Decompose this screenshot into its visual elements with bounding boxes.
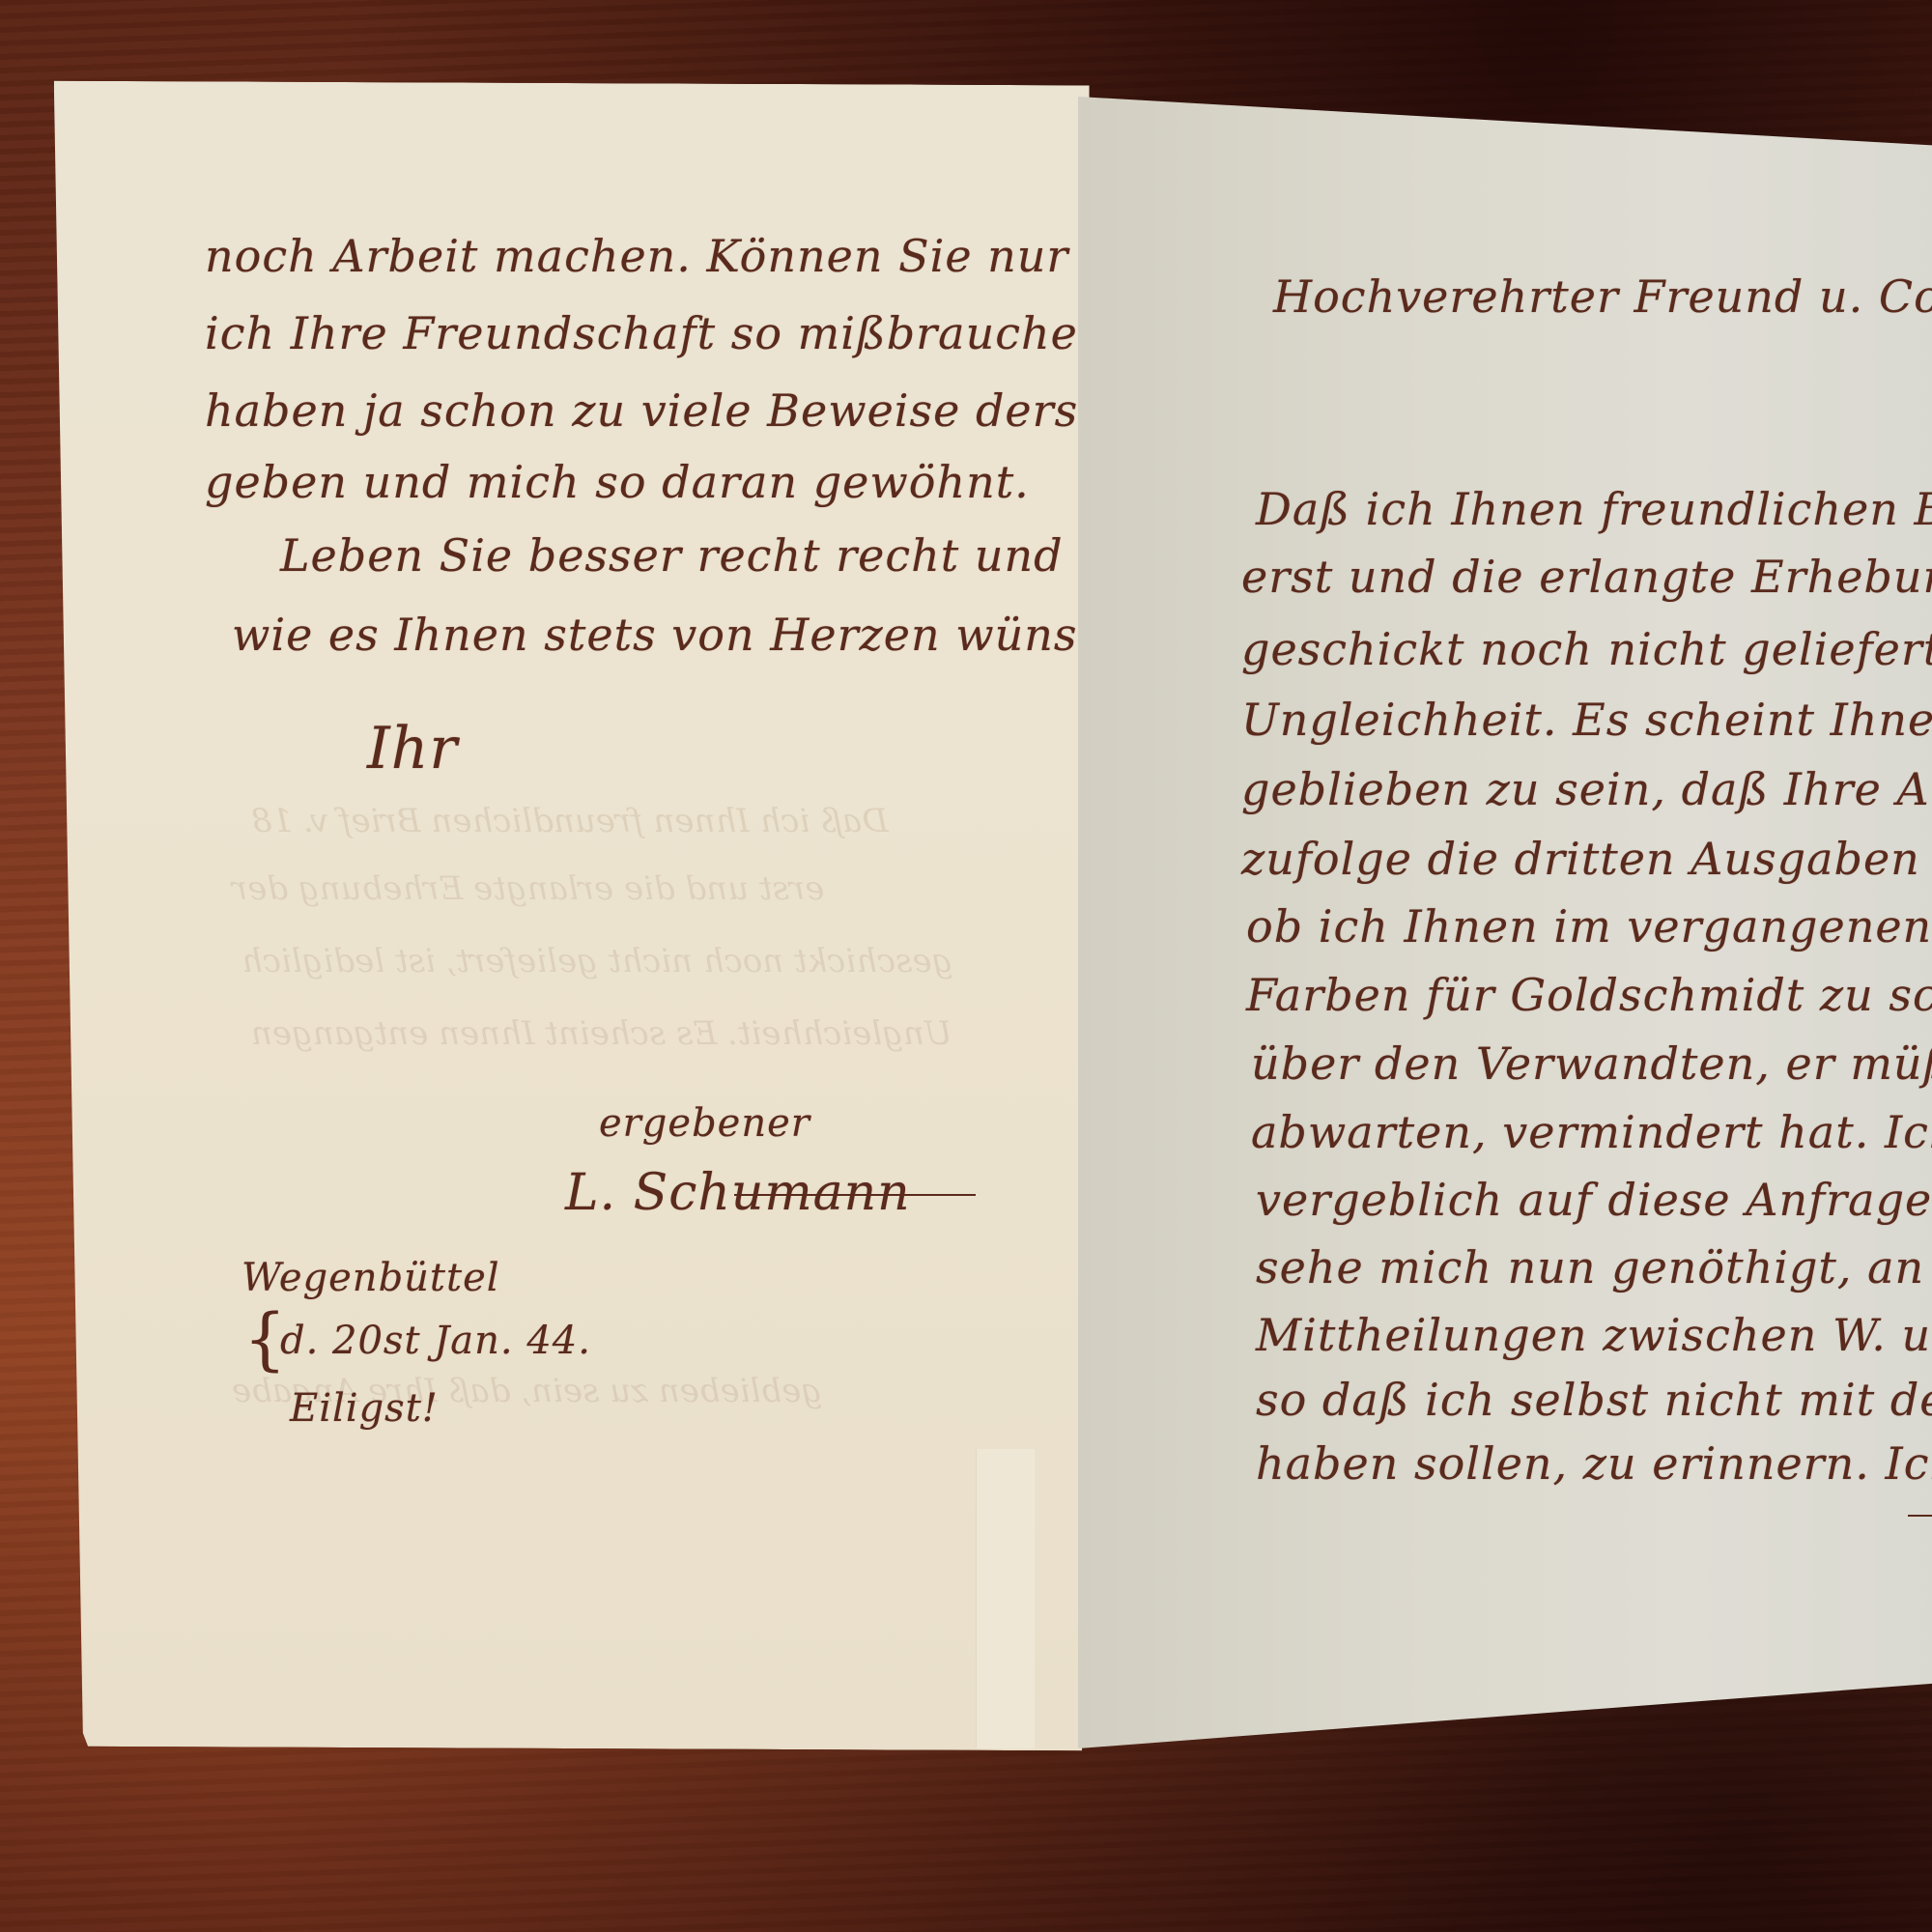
letter-line: so daß ich selbst nicht mit denselben zu — [1256, 1374, 1932, 1426]
letter-line: Mittheilungen zwischen W. u. mir machen … — [1256, 1309, 1932, 1361]
letter-line: über den Verwandten, er müßte erst — [1251, 1037, 1932, 1090]
show-through-text: erst und die erlangte Erhebung der — [232, 869, 824, 908]
letter-line: Daß ich Ihnen freundlichen Brief v. 18 — [1256, 483, 1932, 535]
letter-line: haben sollen, zu erinnern. Ich kann die — [1256, 1437, 1932, 1490]
letter-date: d. 20st Jan. 44. — [280, 1319, 591, 1363]
paper-repair-strip — [976, 1449, 1035, 1748]
letter-note: Eiligst! — [290, 1386, 439, 1431]
line-mark — [1908, 1515, 1932, 1517]
letter-line: abwarten, vermindert hat. Ich habe — [1251, 1106, 1932, 1158]
signature-name: L. Schumann — [565, 1164, 911, 1222]
show-through-text: Ungleichheit. Es scheint Ihnen entgangen — [251, 1014, 952, 1053]
letter-line: wie es Ihnen stets von Herzen wünscht — [232, 609, 1151, 661]
letter-line: Farben für Goldschmidt zu schenken, so — [1246, 969, 1932, 1021]
signature-flourish — [734, 1194, 976, 1196]
signature-valediction: ergebener — [599, 1101, 810, 1146]
letter-line: geschickt noch nicht geliefert, ist ledi… — [1241, 623, 1932, 675]
show-through-text: Daß ich Ihnen freundlichen Brief v. 18 — [251, 802, 888, 840]
letter-closing: Ihr — [367, 715, 458, 782]
letter-line: vergeblich auf diese Anfrage gewartet — [1256, 1174, 1932, 1226]
letter-line: ob ich Ihnen im vergangenen Sommer — [1246, 900, 1932, 952]
letter-line: erst und die erlangte Erhebung der — [1241, 551, 1932, 603]
letter-line: Ungleichheit. Es scheint Ihnen entgangen — [1241, 694, 1932, 746]
letter-salutation: Hochverehrter Freund u. College — [1273, 270, 1932, 323]
letter-place: Wegenbüttel — [241, 1256, 500, 1300]
letter-line: zufolge die dritten Ausgaben Nachricht — [1241, 833, 1932, 885]
letter-line: sehe mich nun genöthigt, an Ihre Vorschr… — [1256, 1241, 1932, 1293]
letter-line: geben und mich so daran gewöhnt. — [205, 456, 1030, 508]
letter-line: geblieben zu sein, daß Ihre Angabe — [1241, 763, 1932, 815]
show-through-text: geschickt noch nicht geliefert, ist ledi… — [241, 942, 952, 980]
